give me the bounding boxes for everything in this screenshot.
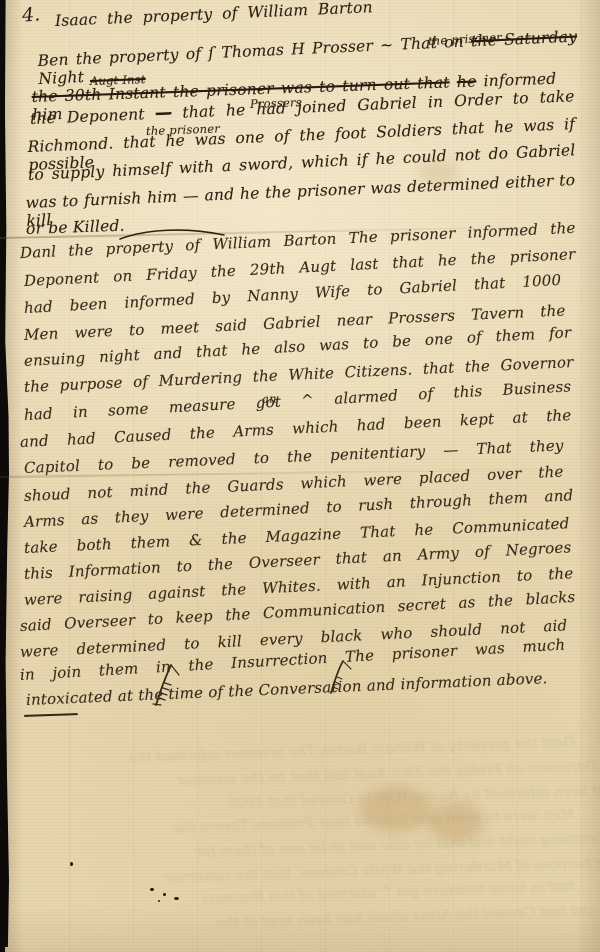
ink-speck xyxy=(150,888,154,891)
paper-stain xyxy=(418,160,458,186)
page-number: 4. xyxy=(21,3,41,26)
pen-flourish-icon xyxy=(118,226,228,244)
manuscript-scan: 4. Isaac the property of William Bartont… xyxy=(0,0,600,952)
ink-speck xyxy=(174,897,179,900)
ink-speck xyxy=(163,893,166,896)
caret-flourish-icon xyxy=(326,658,354,696)
ink-speck xyxy=(70,862,73,866)
caret-flourish-icon xyxy=(150,662,184,708)
struck-text: the Saturday xyxy=(471,28,578,51)
ink-speck xyxy=(158,900,160,902)
paper-stain xyxy=(428,802,484,842)
struck-text: he xyxy=(457,72,477,91)
struck-text: — xyxy=(155,104,171,123)
paper-stain xyxy=(360,786,432,832)
handwritten-text: Night xyxy=(38,68,84,88)
